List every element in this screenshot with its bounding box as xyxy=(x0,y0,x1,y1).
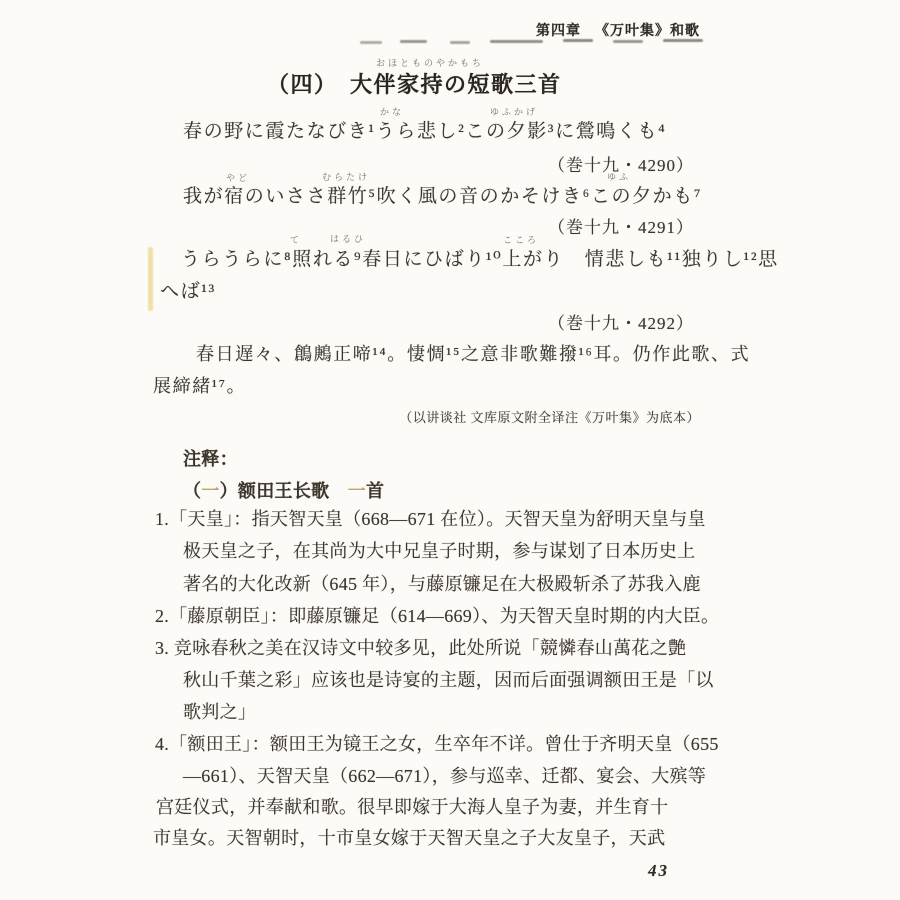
note-line: 秋山千葉之彩」应该也是诗宴的主题，因而后面强调额田王是「以 xyxy=(183,666,714,692)
note-line: 宫廷仪式，并奉献和歌。很早即嫁于大海人皇子为妻，并生育十 xyxy=(156,793,668,819)
book-title-label: 《万叶集》和歌 xyxy=(595,24,700,39)
note-line: 2.「藤原朝臣」：即藤原镰足（614—669）、为天智天皇时期的内大臣。 xyxy=(155,602,719,628)
subheading-part: ）额田王长歌 xyxy=(220,481,348,501)
subheading-part: （ xyxy=(183,481,201,501)
source-attribution: （以讲谈社 文库原文附全译注《万叶集》为底本） xyxy=(399,407,700,426)
volume-ref: （巻十九・4292） xyxy=(548,309,694,334)
volume-ref: （巻十九・4291） xyxy=(548,213,694,238)
subheading-faded-one: 一 xyxy=(348,481,366,501)
kanbun-line: 展締緒¹⁷。 xyxy=(153,372,246,398)
note-line: 歌判之」 xyxy=(183,698,256,724)
book-page: 第四章《万叶集》和歌 おほとものやかもち （四） 大伴家持の短歌三首 かな ゆふ… xyxy=(0,0,900,900)
section-title: （四） 大伴家持の短歌三首 xyxy=(267,68,562,99)
header-rule-segment xyxy=(400,40,427,43)
header-rule-segment xyxy=(613,40,643,43)
chapter-label: 第四章 xyxy=(536,24,581,39)
header-rule-segment xyxy=(490,40,543,43)
poem-line: 春の野に霞たなびき¹うら悲し²この夕影³に鶯鳴くも⁴ xyxy=(183,116,666,143)
kanbun-line: 春日遅々、鶬鶊正啼¹⁴。悽惆¹⁵之意非歌難撥¹⁶耳。仍作此歌、式 xyxy=(196,340,750,366)
header-rule-segment xyxy=(450,41,470,44)
page-number: 43 xyxy=(648,861,669,881)
subheading-faded-one: 一 xyxy=(201,481,219,501)
note-line: 1.「天皇」：指天智天皇（668—671 在位）。天智天皇为舒明天皇与皇 xyxy=(155,505,706,531)
poem-line: へば¹³ xyxy=(160,276,216,303)
poem-line: 我が宿のいささ群竹⁵吹く風の音のかそけき⁶この夕かも⁷ xyxy=(183,181,702,208)
note-line: —661）、天智天皇（662—671），参与巡幸、迁都、宴会、大殡等 xyxy=(183,762,706,788)
note-line: 著名的大化改新（645 年），与藤原镰足在大极殿斩杀了苏我入鹿 xyxy=(183,570,701,596)
highlight-mark xyxy=(148,247,153,311)
poem-line: うらうらに⁸照れる⁹春日にひばり¹⁰上がり 情悲しも¹¹独りし¹²思 xyxy=(181,244,779,271)
header-rule-segment xyxy=(563,39,593,42)
running-header: 第四章《万叶集》和歌 xyxy=(536,20,700,40)
note-line: 市皇女。天智朝时，十市皇女嫁于天智天皇之子大友皇子，天武 xyxy=(153,824,665,850)
note-line: 4.「额田王」：额田王为镜王之女，生卒年不详。曾仕于齐明天皇（655 xyxy=(155,730,719,756)
subheading-part: 首 xyxy=(366,481,384,501)
note-line: 极天皇之子，在其尚为大中兄皇子时期，参与谋划了日本历史上 xyxy=(183,537,695,563)
header-rule-segment xyxy=(663,39,703,42)
note-line: 3. 竞咏春秋之美在汉诗文中较多见，此处所说「競憐春山萬花之艶 xyxy=(155,634,686,660)
header-rule-segment xyxy=(360,41,382,44)
notes-subheading: （一）额田王长歌 一首 xyxy=(183,477,384,503)
notes-heading: 注释： xyxy=(183,445,238,471)
